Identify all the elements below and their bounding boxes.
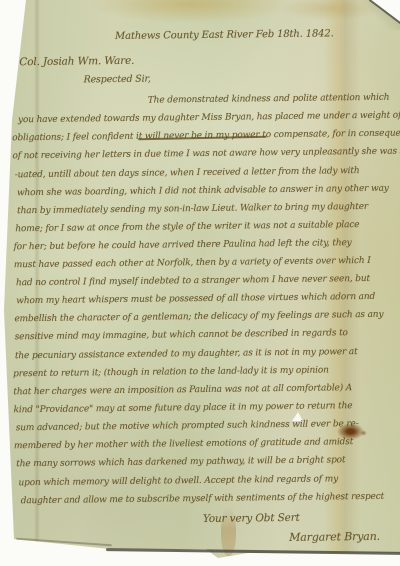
letter-line: for her; but before he could have arrive… (14, 239, 352, 252)
letter-line: the many sorrows which has darkened my p… (16, 456, 345, 469)
letter-line: that her charges were an imposition as P… (13, 384, 352, 397)
letter-line: whom my heart whispers must be possessed… (16, 293, 375, 306)
letter-line: -uated, untill about ten days since, whe… (15, 167, 360, 180)
dateline: Mathews County East River Feb 18th. 1842… (115, 29, 334, 42)
salutation-line: Respected Sir, (83, 75, 150, 85)
letter-paper: Mathews County East River Feb 18th. 1842… (0, 0, 400, 566)
letter-line: of not receiving her letters in due time… (12, 147, 400, 161)
addressee-line: Col. Josiah Wm. Ware. (19, 56, 134, 68)
letter-line: you have extended towards my daughter Mi… (18, 112, 400, 126)
letter-photograph: Mathews County East River Feb 18th. 1842… (0, 0, 400, 566)
handwriting-layer: Mathews County East River Feb 18th. 1842… (0, 0, 400, 566)
letter-line: upon which memory will delight to dwell.… (18, 475, 338, 488)
letter-line: daughter and allow me to subscribe mysel… (21, 493, 384, 506)
letter-line: the pecuniary assistance extended to my … (15, 348, 358, 361)
letter-line: home; for I saw at once from the style o… (15, 221, 359, 234)
letter-line: kind "Providance" may at some future day… (14, 402, 353, 415)
letter-line: The demonstrated kindness and polite att… (148, 94, 390, 106)
letter-line: sensitive mind may immagine, but which c… (15, 329, 348, 342)
letter-line: had no control I find myself indebted to… (16, 275, 370, 288)
valediction-line: Your very Obt Sert (203, 513, 300, 525)
letter-line: present to return it; (though in relatio… (13, 366, 329, 379)
letter-line: than by immediately sending my son-in-la… (17, 203, 368, 216)
letter-line: whom she was boarding, which I did not t… (17, 185, 389, 199)
letter-line: must have passed each other at Norfolk, … (14, 257, 371, 270)
letter-line: sum advanced; but the motive which promp… (16, 420, 359, 433)
letter-line: membered by her mother with the livelies… (14, 438, 353, 451)
signature-line: Margaret Bryan. (289, 531, 380, 543)
letter-line: embellish the character of a gentleman; … (14, 311, 383, 325)
